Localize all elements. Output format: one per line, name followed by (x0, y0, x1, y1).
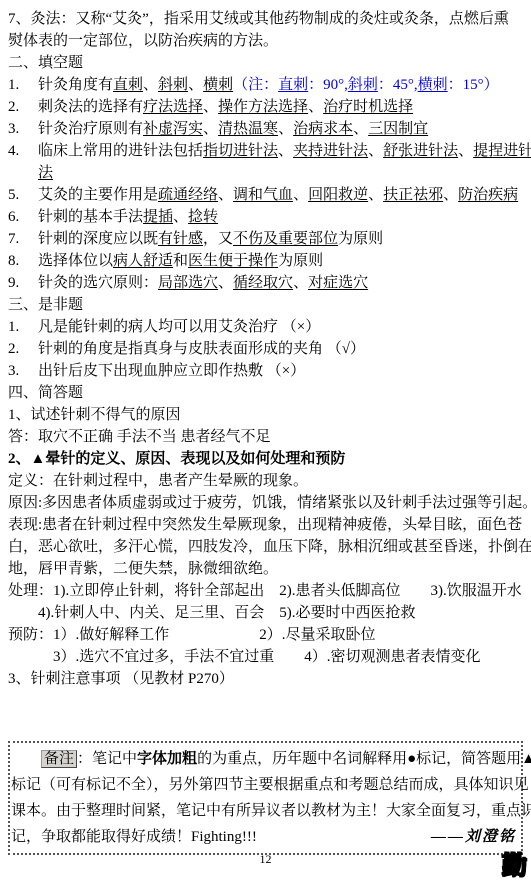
text-segment: 、 (278, 121, 293, 137)
text-segment: 直刺 (113, 77, 143, 93)
text-line: 7、灸法：又称“艾灸”，指采用艾绒或其他药物制成的灸炷或灸条，点燃后熏 (8, 8, 527, 30)
text-segment: 治疗时机选择 (323, 99, 413, 115)
text-segment: 、 (173, 209, 188, 225)
text-segment: 针灸治疗原则有 (38, 121, 143, 137)
text-line: 三、是非题 (8, 294, 527, 316)
text-segment: 定义：在针刺过程中，患者产生晕厥的现象。 (8, 473, 308, 489)
text-segment: 、 (368, 143, 383, 159)
text-line: 2.刺灸法的选择有疗法选择、操作方法选择、治疗时机选择 (8, 96, 527, 118)
text-line: 3）.选穴不宜过多，手法不宜过重 4）.密切观测患者表情变化 (8, 646, 527, 668)
text-line: 5.艾灸的主要作用是疏通经络、调和气血、回阳救逆、扶正祛邪、防治疾病 (8, 184, 527, 206)
text-segment: 答：取穴不正确 手法不当 患者经气不足 (8, 429, 271, 445)
text-segment: 疗法选择 (143, 99, 203, 115)
text-line: 答：取穴不正确 手法不当 患者经气不足 (8, 426, 527, 448)
list-marker: 2. (8, 338, 38, 360)
text-segment: 针刺的深度应以既 (38, 231, 158, 247)
text-segment: 出针后皮下出现血肿应立即作热敷 （×） (38, 363, 305, 379)
text-line: 处理：1).立即停止针刺，将针全部起出 2).患者头低脚高位 3).饮服温开水 (8, 580, 527, 602)
text-segment: 四、简答题 (8, 385, 83, 401)
text-segment: ：笔记中 (77, 751, 137, 767)
text-segment: 回阳救逆 (308, 187, 368, 203)
text-segment: 三因制宜 (368, 121, 428, 137)
text-segment: 、 (308, 99, 323, 115)
text-segment: 艾灸的主要作用是 (38, 187, 158, 203)
text-segment: 刺灸法的选择有 (38, 99, 143, 115)
list-marker: 3. (8, 360, 38, 382)
text-segment: 直刺 (278, 77, 308, 93)
text-segment: 记，争取都能取得好成绩！Fighting!!! (11, 829, 257, 845)
note-label-chip: 备注 (41, 750, 77, 768)
text-segment: 病人舒适 (113, 253, 173, 269)
text-segment (11, 751, 41, 767)
text-segment: 、 (458, 143, 473, 159)
list-marker: 2. (8, 96, 38, 118)
list-marker: 4. (8, 140, 38, 162)
text-segment: 横刺 (418, 77, 448, 93)
text-segment: 表现:患者在针刺过程中突然发生晕厥现象，出现精神疲倦，头晕目眩，面色苍 (8, 517, 522, 533)
text-line: 3、针刺注意事项 （见教材 P270） (8, 668, 527, 690)
page-number: 12 (0, 852, 531, 867)
text-segment: ：90°, (308, 77, 348, 93)
text-line: 标记（可有标记不全），另外第四节主要根据重点和考题总结而成，具体知识见 (11, 772, 520, 798)
list-marker: 6. (8, 206, 38, 228)
text-line: 1.凡是能针刺的病人均可以用艾灸治疗 （×） (8, 316, 527, 338)
text-line: 4).针刺人中、内关、足三里、百会 5).必要时中西医抢救 (8, 602, 527, 624)
text-segment: 为原则 (338, 231, 383, 247)
text-line: 8.选择体位以病人舒适和医生便于操作为原则 (8, 250, 527, 272)
text-segment: 对症选穴 (308, 275, 368, 291)
text-line: 熨体表的一定部位，以防治疾病的方法。 (8, 30, 527, 52)
text-segment: 字体加粗 (137, 751, 197, 767)
text-line: 6.针刺的基本手法提插、捻转 (8, 206, 527, 228)
text-segment: 三、是非题 (8, 297, 83, 313)
text-segment: 1、试述针刺不得气的原因 (8, 407, 181, 423)
list-marker: 3. (8, 118, 38, 140)
author-signature: ——刘澄铭 (431, 825, 516, 846)
text-segment: 的为重点，历年题中名词解释用●标记，简答题用▲ (197, 751, 531, 767)
text-line: 2.针刺的角度是指真身与皮肤表面形成的夹角 （√） (8, 338, 527, 360)
list-marker: 5. (8, 184, 38, 206)
text-segment: 扶正祛邪 (383, 187, 443, 203)
text-segment: 白，恶心欲吐，多汗心慌，四肢发冷，血压下降，脉相沉细或甚至昏迷，扑倒在 (8, 539, 531, 555)
text-segment: 7、灸法：又称“艾灸”，指采用艾绒或其他药物制成的灸炷或灸条，点燃后熏 (8, 11, 509, 27)
text-segment: 选择体位以 (38, 253, 113, 269)
text-segment: 、 (203, 121, 218, 137)
text-segment: 临床上常用的进针法包括 (38, 143, 203, 159)
text-segment: 医生便于操作 (188, 253, 278, 269)
text-segment: 和 (173, 253, 188, 269)
text-segment: 指切进针法 (203, 143, 278, 159)
text-segment: 调和气血 (233, 187, 293, 203)
text-segment: 、 (188, 77, 203, 93)
text-line: 原因:多因患者体质虚弱或过于疲劳，饥饿，情绪紧张以及针刺手法过强等引起。 (8, 492, 527, 514)
text-segment: 针灸角度有 (38, 77, 113, 93)
text-segment: 、 (443, 187, 458, 203)
text-line: 定义：在针刺过程中，患者产生晕厥的现象。 (8, 470, 527, 492)
text-line: 预防：1）.做好解释工作 2）.尽量采取卧位 (8, 624, 527, 646)
text-line: 1.针灸角度有直刺、斜刺、横刺（注：直刺：90°,斜刺：45°,横刺：15°） (8, 74, 527, 96)
list-marker: 7. (8, 228, 38, 250)
text-line: 地，唇甲青紫，二便失禁，脉微细欲绝。 (8, 558, 527, 580)
text-segment: 针灸的选穴原则： (38, 275, 158, 291)
text-line: 备注：笔记中字体加粗的为重点，历年题中名词解释用●标记，简答题用▲ (11, 746, 520, 772)
text-segment: 横刺 (203, 77, 233, 93)
text-segment: 局部选穴 (158, 275, 218, 291)
text-segment: 操作方法选择 (218, 99, 308, 115)
text-segment: 斜刺 (158, 77, 188, 93)
text-segment: 3）.选穴不宜过多，手法不宜过重 4）.密切观测患者表情变化 (53, 649, 481, 665)
text-line: 9.针灸的选穴原则：局部选穴、循经取穴、对症选穴 (8, 272, 527, 294)
list-marker: 9. (8, 272, 38, 294)
text-segment: 补虚泻实 (143, 121, 203, 137)
text-segment: 提插 (143, 209, 173, 225)
note-box: 备注：笔记中字体加粗的为重点，历年题中名词解释用●标记，简答题用▲标记（可有标记… (8, 741, 523, 855)
text-segment: 舒张进针法 (383, 143, 458, 159)
text-segment: 标记（可有标记不全），另外第四节主要根据重点和考题总结而成，具体知识见 (11, 777, 529, 793)
text-segment: 二、填空题 (8, 55, 83, 71)
text-line: 1、试述针刺不得气的原因 (8, 404, 527, 426)
text-segment: 、 (293, 187, 308, 203)
list-marker: 1. (8, 74, 38, 96)
text-segment: 清热温寒 (218, 121, 278, 137)
text-segment: 原因:多因患者体质虚弱或过于疲劳，饥饿，情绪紧张以及针刺手法过强等引起。 (8, 495, 531, 511)
text-segment: 预防：1）.做好解释工作 2）.尽量采取卧位 (8, 627, 376, 643)
text-line: 法 (8, 162, 527, 184)
text-segment: 为原则 (278, 253, 323, 269)
text-segment: 处理：1).立即停止针刺，将针全部起出 2).患者头低脚高位 3).饮服温开水 (8, 583, 522, 599)
text-segment: 地，唇甲青紫，二便失禁，脉微细欲绝。 (8, 561, 278, 577)
text-line: 3.出针后皮下出现血肿应立即作热敷 （×） (8, 360, 527, 382)
text-line: 二、填空题 (8, 52, 527, 74)
text-segment: 、 (203, 99, 218, 115)
text-segment: ：45°, (378, 77, 418, 93)
diligence-seal-stamp: 勤 (502, 846, 527, 882)
list-marker: 1. (8, 316, 38, 338)
text-segment: ，又 (203, 231, 233, 247)
text-segment: 循经取穴 (233, 275, 293, 291)
text-segment: 有针感 (158, 231, 203, 247)
text-segment: 、 (278, 143, 293, 159)
text-segment: 、 (293, 275, 308, 291)
text-segment: 疏通经络 (158, 187, 218, 203)
document-body: 7、灸法：又称“艾灸”，指采用艾绒或其他药物制成的灸炷或灸条，点燃后熏熨体表的一… (8, 8, 527, 690)
text-segment: 针刺的基本手法 (38, 209, 143, 225)
text-segment: 、 (218, 187, 233, 203)
text-line: 四、简答题 (8, 382, 527, 404)
text-segment: ：15°） (448, 77, 499, 93)
text-segment: 针刺的角度是指真身与皮肤表面形成的夹角 （√） (38, 341, 365, 357)
text-segment: （注： (233, 77, 278, 93)
text-segment: 捻转 (188, 209, 218, 225)
text-segment: 夹持进针法 (293, 143, 368, 159)
text-segment: 法 (38, 165, 53, 181)
text-line: 4.临床上常用的进针法包括指切进针法、夹持进针法、舒张进针法、提捏进针 (8, 140, 527, 162)
text-segment: 治病求本 (293, 121, 353, 137)
text-line: 7.针刺的深度应以既有针感，又不伤及重要部位为原则 (8, 228, 527, 250)
document-page: 7、灸法：又称“艾灸”，指采用艾绒或其他药物制成的灸炷或灸条，点燃后熏熨体表的一… (0, 0, 531, 891)
text-segment: 、 (143, 77, 158, 93)
text-line: 3.针灸治疗原则有补虚泻实、清热温寒、治病求本、三因制宜 (8, 118, 527, 140)
text-segment: 、 (368, 187, 383, 203)
text-segment: 、 (353, 121, 368, 137)
text-line: 白，恶心欲吐，多汗心慌，四肢发冷，血压下降，脉相沉细或甚至昏迷，扑倒在 (8, 536, 527, 558)
list-marker: 8. (8, 250, 38, 272)
text-line: 表现:患者在针刺过程中突然发生晕厥现象，出现精神疲倦，头晕目眩，面色苍 (8, 514, 527, 536)
text-segment: 2、▲晕针的定义、原因、表现以及如何处理和预防 (8, 451, 345, 467)
text-line: 2、▲晕针的定义、原因、表现以及如何处理和预防 (8, 448, 527, 470)
text-segment: 斜刺 (348, 77, 378, 93)
text-segment: 凡是能针刺的病人均可以用艾灸治疗 （×） (38, 319, 320, 335)
text-segment: 4).针刺人中、内关、足三里、百会 5).必要时中西医抢救 (38, 605, 416, 621)
text-segment: 、 (218, 275, 233, 291)
text-segment: 3、针刺注意事项 （见教材 P270） (8, 671, 234, 687)
text-segment: 提捏进针 (473, 143, 531, 159)
text-line: 课本。由于整理时间紧，笔记中有所异议者以教材为主！大家全面复习，重点识 (11, 798, 520, 824)
text-segment: 防治疾病 (458, 187, 518, 203)
text-segment: 不伤及重要部位 (233, 231, 338, 247)
text-segment: 熨体表的一定部位，以防治疾病的方法。 (8, 33, 278, 49)
text-segment: 课本。由于整理时间紧，笔记中有所异议者以教材为主！大家全面复习，重点识 (11, 803, 531, 819)
